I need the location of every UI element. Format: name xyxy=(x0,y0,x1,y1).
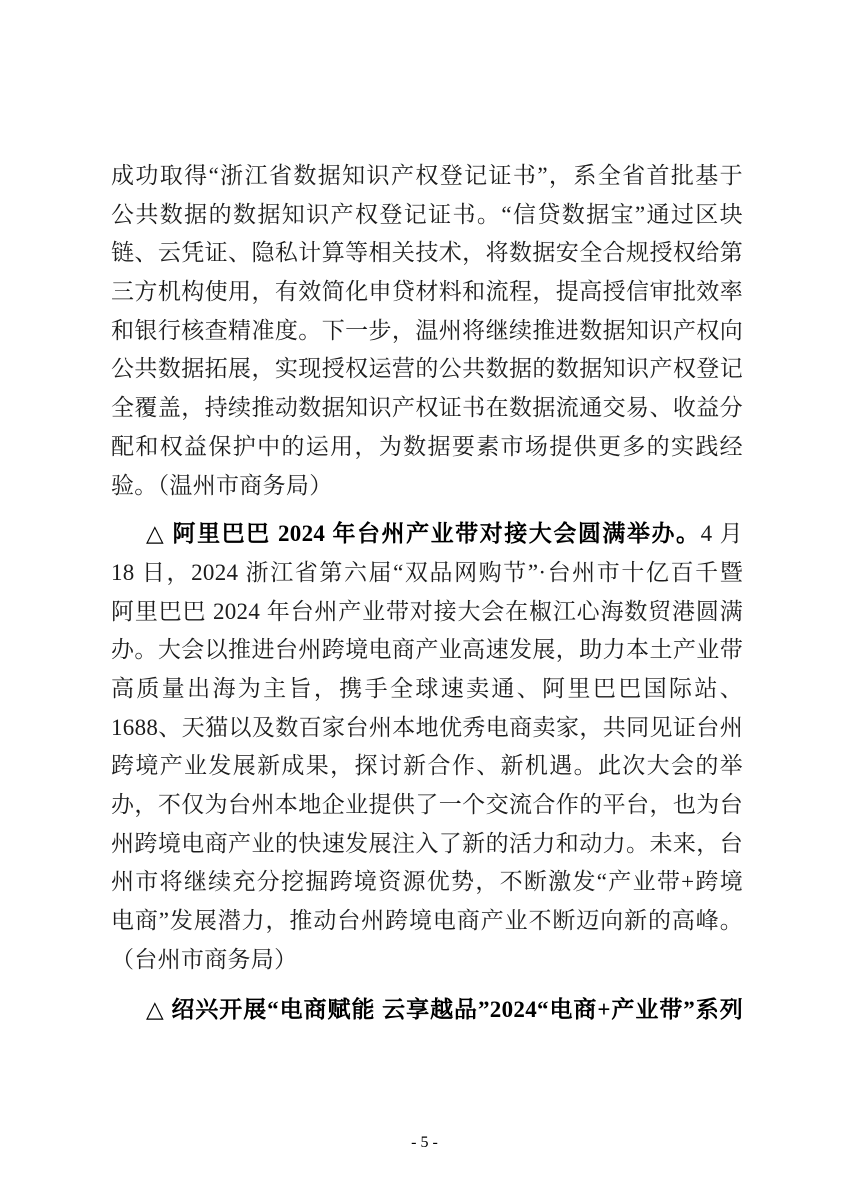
text-line: 1688、天猫以及数百家台州本地优秀电商卖家，共同见证台州 xyxy=(111,709,743,748)
text-line: 验。（温州市商务局） xyxy=(111,467,743,506)
text-line: 公共数据的数据知识产权登记证书。“信贷数据宝”通过区块 xyxy=(111,196,743,235)
body-text-segment: 办。大会以推进台州跨境电商产业高速发展，助力本土产业带 xyxy=(111,637,743,662)
body-text-segment: 阿里巴巴 2024 年台州产业带对接大会在椒江心海数贸港圆满举 xyxy=(111,599,743,632)
document-page: 成功取得“浙江省数据知识产权登记证书”，系全省首批基于公共数据的数据知识产权登记… xyxy=(0,0,849,1200)
body-text-segment: 4 月 xyxy=(701,521,743,546)
body-text-segment: 州市将继续充分挖掘跨境资源优势，不断激发“产业带+跨境 xyxy=(111,869,743,894)
body-text-segment: 三方机构使用，有效简化申贷材料和流程，提高授信审批效率 xyxy=(111,279,743,304)
wenzhou-data-ip-paragraph: 成功取得“浙江省数据知识产权登记证书”，系全省首批基于公共数据的数据知识产权登记… xyxy=(111,157,743,505)
text-line: 18 日，2024 浙江省第六届“双品网购节”·台州市十亿百千暨 xyxy=(111,554,743,593)
text-line: 办，不仅为台州本地企业提供了一个交流合作的平台，也为台 xyxy=(111,786,743,825)
body-text-segment: 18 日，2024 浙江省第六届“双品网购节”·台州市十亿百千暨 xyxy=(111,560,743,585)
bold-text-segment: △ 绍兴开展“电商赋能 云享越品”2024“电商+产业带”系列 xyxy=(146,997,743,1022)
taizhou-alibaba-paragraph: △ 阿里巴巴 2024 年台州产业带对接大会圆满举办。4 月18 日，2024 … xyxy=(111,515,743,979)
text-line: 电商”发展潜力，推动台州跨境电商产业不断迈向新的高峰。 xyxy=(111,902,743,941)
body-text-segment: 公共数据拓展，实现授权运营的公共数据的数据知识产权登记 xyxy=(111,356,743,381)
bold-text-segment: △ 阿里巴巴 2024 年台州产业带对接大会圆满举办。 xyxy=(146,521,701,546)
body-text-segment: 配和权益保护中的运用，为数据要素市场提供更多的实践经 xyxy=(111,434,743,459)
section-heading-line: △ 阿里巴巴 2024 年台州产业带对接大会圆满举办。4 月 xyxy=(111,515,743,554)
body-text-segment: 电商”发展潜力，推动台州跨境电商产业不断迈向新的高峰。 xyxy=(111,908,743,933)
body-text-segment: 成功取得“浙江省数据知识产权登记证书”，系全省首批基于 xyxy=(111,163,743,188)
text-line: 高质量出海为主旨，携手全球速卖通、阿里巴巴国际站、 xyxy=(111,670,743,709)
body-text-segment: 全覆盖，持续推动数据知识产权证书在数据流通交易、收益分 xyxy=(111,395,743,420)
body-text-segment: 州跨境电商产业的快速发展注入了新的活力和动力。未来，台 xyxy=(111,831,743,856)
body-text-segment: 高质量出海为主旨，携手全球速卖通、阿里巴巴国际站、 xyxy=(111,676,743,701)
body-text-segment: 跨境产业发展新成果，探讨新合作、新机遇。此次大会的举 xyxy=(111,753,743,778)
text-line: 和银行核查精准度。下一步，温州将继续推进数据知识产权向 xyxy=(111,312,743,351)
text-line: 公共数据拓展，实现授权运营的公共数据的数据知识产权登记 xyxy=(111,350,743,389)
body-text-segment: 1688、天猫以及数百家台州本地优秀电商卖家，共同见证台州 xyxy=(111,715,743,740)
text-line: 配和权益保护中的运用，为数据要素市场提供更多的实践经 xyxy=(111,428,743,467)
body-text-segment: 和银行核查精准度。下一步，温州将继续推进数据知识产权向 xyxy=(111,318,743,343)
text-line: 链、云凭证、隐私计算等相关技术，将数据安全合规授权给第 xyxy=(111,234,743,273)
text-line: 跨境产业发展新成果，探讨新合作、新机遇。此次大会的举 xyxy=(111,747,743,786)
text-line: 三方机构使用，有效简化申贷材料和流程，提高授信审批效率 xyxy=(111,273,743,312)
text-line: 州市将继续充分挖掘跨境资源优势，不断激发“产业带+跨境 xyxy=(111,863,743,902)
shaoxing-heading-paragraph: △ 绍兴开展“电商赋能 云享越品”2024“电商+产业带”系列 xyxy=(111,991,743,1030)
body-text-segment: （台州市商务局） xyxy=(111,947,297,972)
text-line: 成功取得“浙江省数据知识产权登记证书”，系全省首批基于 xyxy=(111,157,743,196)
page-footer: - 5 - xyxy=(0,1133,849,1153)
body-text-segment: 办，不仅为台州本地企业提供了一个交流合作的平台，也为台 xyxy=(111,792,743,817)
text-line: 阿里巴巴 2024 年台州产业带对接大会在椒江心海数贸港圆满举 xyxy=(111,593,743,632)
text-line: （台州市商务局） xyxy=(111,941,743,980)
body-text-segment: 验。（温州市商务局） xyxy=(111,473,333,498)
body-text-segment: 链、云凭证、隐私计算等相关技术，将数据安全合规授权给第 xyxy=(111,240,743,265)
text-line: 全覆盖，持续推动数据知识产权证书在数据流通交易、收益分 xyxy=(111,389,743,428)
text-line: 办。大会以推进台州跨境电商产业高速发展，助力本土产业带 xyxy=(111,631,743,670)
text-body: 成功取得“浙江省数据知识产权登记证书”，系全省首批基于公共数据的数据知识产权登记… xyxy=(111,157,743,1030)
page-number: - 5 - xyxy=(411,1134,438,1151)
section-heading-line: △ 绍兴开展“电商赋能 云享越品”2024“电商+产业带”系列 xyxy=(111,991,743,1030)
body-text-segment: 公共数据的数据知识产权登记证书。“信贷数据宝”通过区块 xyxy=(111,202,743,227)
text-line: 州跨境电商产业的快速发展注入了新的活力和动力。未来，台 xyxy=(111,825,743,864)
